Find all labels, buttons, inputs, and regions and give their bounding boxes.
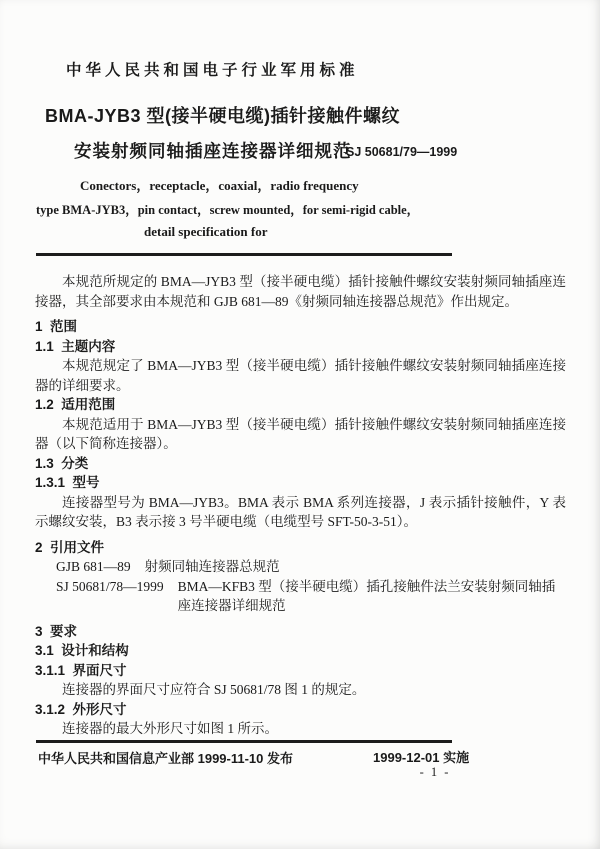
section-3-1-1-heading: 3.1.1 界面尺寸 [35,661,566,681]
section-1-3-heading: 1.3 分类 [35,454,566,474]
document-title-line2: 安装射频同轴插座连接器详细规范 [74,138,352,163]
reference-item: SJ 50681/78—1999 BMA—KFB3 型（接半硬电缆）插孔接触件法… [56,577,566,616]
english-title-line3: detail specification for [144,224,267,240]
section-2-heading: 2 引用文件 [35,538,566,558]
english-title-line1: Conectors，receptacle，coaxial，radio frequ… [80,175,359,194]
reference-list: GJB 681—89 射频同轴连接器总规范 SJ 50681/78—1999 B… [35,557,566,616]
reference-label: SJ 50681/78—1999 [56,577,164,616]
section-3-1-2-heading: 3.1.2 外形尺寸 [35,700,566,720]
intro-paragraph: 本规范所规定的 BMA—JYB3 型（接半硬电缆）插针接触件螺纹安装射频同轴插座… [35,272,566,311]
footer-issued-by: 中华人民共和国信息产业部 1999-11-10 发布 [38,748,293,767]
reference-item: GJB 681—89 射频同轴连接器总规范 [56,557,566,577]
document-title-line1: BMA-JYB3 型(接半硬电缆)插针接触件螺纹 [45,102,400,128]
standard-type-heading: 中华人民共和国电子行业军用标准 [66,58,359,80]
reference-title: 射频同轴连接器总规范 [145,557,566,577]
section-1-3-1-paragraph: 连接器型号为 BMA—JYB3。BMA 表示 BMA 系列连接器，J 表示插针接… [35,493,566,532]
section-3-heading: 3 要求 [35,622,566,642]
section-3-1-2-paragraph: 连接器的最大外形尺寸如图 1 所示。 [35,719,566,739]
document-body: 本规范所规定的 BMA—JYB3 型（接半硬电缆）插针接触件螺纹安装射频同轴插座… [35,272,566,739]
section-1-heading: 1 范围 [35,317,566,337]
footer-divider-rule [36,740,452,743]
section-3-1-1-paragraph: 连接器的界面尺寸应符合 SJ 50681/78 图 1 的规定。 [35,680,566,700]
section-1-1-heading: 1.1 主题内容 [35,337,566,357]
document-page: 中华人民共和国电子行业军用标准 BMA-JYB3 型(接半硬电缆)插针接触件螺纹… [0,0,600,849]
reference-title: BMA—KFB3 型（接半硬电缆）插孔接触件法兰安装射频同轴插座连接器详细规范 [178,577,566,616]
section-1-2-paragraph: 本规范适用于 BMA—JYB3 型（接半硬电缆）插针接触件螺纹安装射频同轴插座连… [35,415,566,454]
section-3-1-heading: 3.1 设计和结构 [35,641,566,661]
section-1-3-1-heading: 1.3.1 型号 [35,473,566,493]
english-title-line2: type BMA-JYB3，pin contact，screw mounted，… [36,200,419,218]
header-divider-rule [36,253,452,256]
reference-label: GJB 681—89 [56,557,131,577]
standard-number: SJ 50681/79—1999 [346,145,457,159]
section-1-1-paragraph: 本规范规定了 BMA—JYB3 型（接半硬电缆）插针接触件螺纹安装射频同轴插座连… [35,356,566,395]
page-number: - 1 - [408,765,462,780]
footer-implementation-date: 1999-12-01 实施 [373,747,469,766]
section-1-2-heading: 1.2 适用范围 [35,395,566,415]
